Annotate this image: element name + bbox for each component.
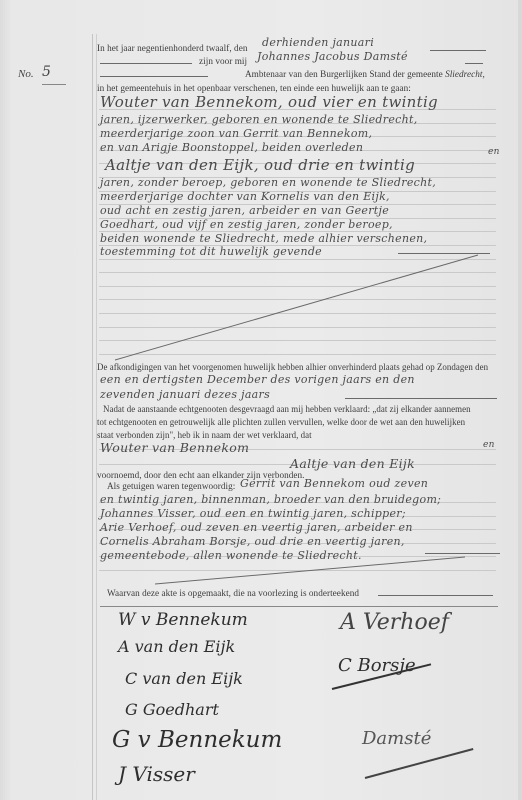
void-strike-lines — [0, 0, 522, 800]
document-page: No. 5 In het jaar negentienhonderd twaal… — [0, 0, 522, 800]
